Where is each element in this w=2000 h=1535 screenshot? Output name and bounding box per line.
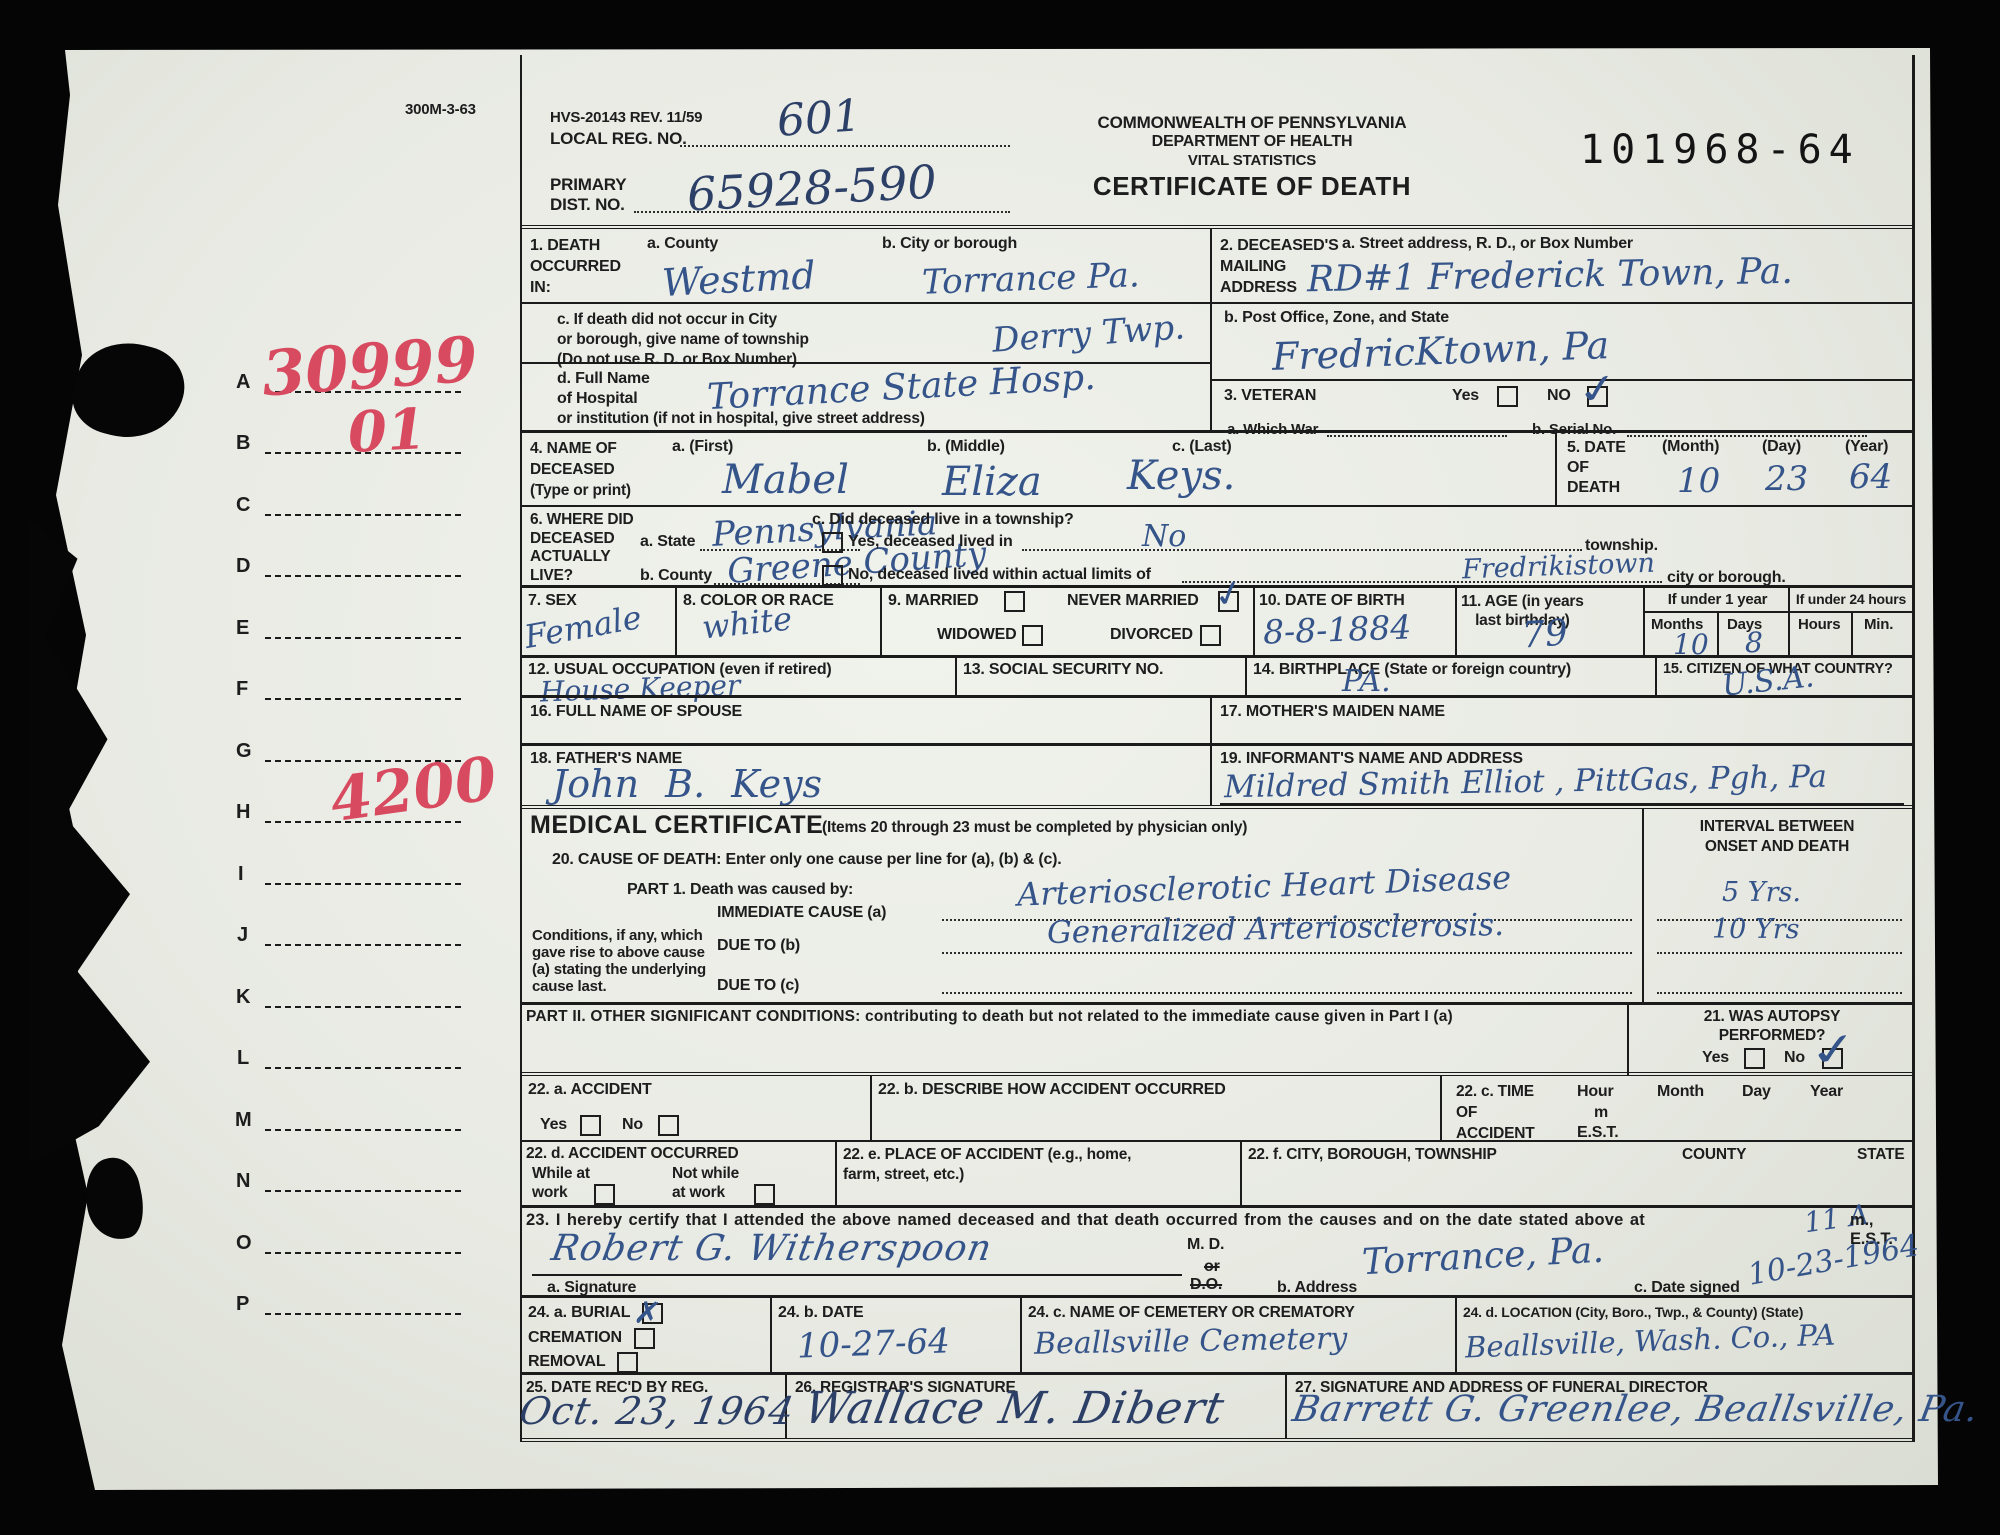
medical-certificate-section: MEDICAL CERTIFICATE (Items 20 through 23… xyxy=(522,805,1912,1072)
address-value: Torrance, Pa. xyxy=(1361,1230,1605,1284)
funeral-director-cell: 27. SIGNATURE AND ADDRESS OF FUNERAL DIR… xyxy=(1287,1375,1912,1438)
year-col-label: Year xyxy=(1810,1083,1843,1101)
post-office-label: b. Post Office, Zone, and State xyxy=(1224,309,1449,327)
removal-checkbox xyxy=(617,1352,638,1373)
local-reg-line xyxy=(680,145,1010,147)
part2-divider xyxy=(522,1002,1912,1005)
date-signed-value: 10-23-1964 xyxy=(1745,1228,1921,1293)
state-label: a. State xyxy=(640,533,695,551)
part2-label: PART II. OTHER SIGNIFICANT CONDITIONS: c… xyxy=(526,1008,1453,1026)
row-line xyxy=(522,362,1212,364)
describe-accident-label: 22. b. DESCRIBE HOW ACCIDENT OCCURRED xyxy=(878,1081,1226,1099)
local-reg-label: LOCAL REG. NO. xyxy=(550,129,687,149)
due-to-b-interval-line xyxy=(1657,952,1902,954)
age-cell: 11. AGE (in years last birthday) 79 xyxy=(1457,588,1645,655)
accident-yes-checkbox xyxy=(580,1115,601,1136)
due-to-b-line xyxy=(942,952,1632,954)
sex-cell: 7. SEX Female xyxy=(522,588,677,655)
margin-line-o xyxy=(265,1252,461,1254)
autopsy-yes-checkbox xyxy=(1744,1048,1765,1069)
autopsy-column-divider xyxy=(1627,1005,1629,1076)
county-residence-label: b. County xyxy=(640,567,712,585)
autopsy-yes-label: Yes xyxy=(1702,1049,1729,1067)
accident-cell: 22. a. ACCIDENT Yes No xyxy=(522,1076,872,1140)
part1-label: PART 1. Death was caused by: xyxy=(627,881,853,899)
section-24-row: 24. a. BURIAL ✗ CREMATION REMOVAL 24. b.… xyxy=(522,1295,1912,1372)
meridiem-label: m xyxy=(1594,1104,1608,1122)
burial-cell: 24. a. BURIAL ✗ CREMATION REMOVAL xyxy=(522,1298,772,1372)
date-of-birth-cell: 10. DATE OF BIRTH 8-8-1884 xyxy=(1255,588,1457,655)
accident-no-checkbox xyxy=(658,1115,679,1136)
certificate-form: HVS-20143 REV. 11/59 LOCAL REG. NO. 601 … xyxy=(520,55,1915,1442)
township-no-checkbox xyxy=(822,565,843,586)
margin-line-i xyxy=(265,883,461,885)
township-note-label: c. If death did not occur in City or bor… xyxy=(557,310,809,370)
dist-no-label: DIST. NO. xyxy=(550,195,625,215)
min-label: Min. xyxy=(1864,616,1893,633)
row-line xyxy=(1212,379,1912,381)
street-address-value: RD#1 Frederick Town, Pa. xyxy=(1307,251,1793,300)
margin-line-n xyxy=(265,1190,461,1192)
department-line: DEPARTMENT OF HEALTH xyxy=(1022,133,1482,151)
ssn-cell: 13. SOCIAL SECURITY NO. xyxy=(957,658,1247,695)
township-question-label: c. Did deceased live in a township? xyxy=(812,511,1074,529)
date-received-cell: 25. DATE REC'D BY REG. Oct. 23, 1964 xyxy=(522,1375,787,1438)
under-1-year-divider xyxy=(1717,613,1719,658)
under-24-hours-cell: If under 24 hours Hours Min. xyxy=(1790,588,1912,655)
under-1-year-label: If under 1 year xyxy=(1645,591,1790,608)
divorced-label: DIVORCED xyxy=(1110,626,1193,644)
veteran-no-label: NO xyxy=(1547,387,1571,405)
autopsy-no-label: No xyxy=(1784,1049,1805,1067)
under-24-hours-divider xyxy=(1851,613,1853,658)
due-to-b-label: DUE TO (b) xyxy=(717,937,800,955)
hospital-name-label: d. Full Name of Hospital xyxy=(557,369,650,409)
section-6-row: 6. WHERE DID DECEASED ACTUALLY LIVE? a. … xyxy=(522,505,1912,585)
margin-letter-n: N xyxy=(236,1170,250,1193)
while-at-work-label: While at work xyxy=(532,1164,590,1202)
signature-underline xyxy=(532,1274,1182,1276)
registrar-signature-value: Wallace M. Dibert xyxy=(801,1383,1229,1434)
due-to-b-value: Generalized Arteriosclerosis. xyxy=(1047,907,1504,951)
interval-header: INTERVAL BETWEEN ONSET AND DEATH xyxy=(1652,817,1902,857)
funeral-director-value: Barrett G. Greenlee, Beallsville, Pa. xyxy=(1289,1389,1982,1430)
md-label: M. D. xyxy=(1187,1236,1224,1254)
never-married-label: NEVER MARRIED xyxy=(1067,592,1199,610)
birthplace-value: PA. xyxy=(1342,664,1391,699)
due-to-c-label: DUE TO (c) xyxy=(717,977,799,995)
margin-line-d xyxy=(265,575,461,577)
margin-letter-k: K xyxy=(236,986,250,1009)
stamp-number: 101968-64 xyxy=(1580,127,1860,173)
middle-name-value: Eliza xyxy=(942,459,1042,505)
margin-letter-a: A xyxy=(236,371,250,394)
accident-no-label: No xyxy=(622,1116,643,1134)
hour-label: Hour xyxy=(1577,1083,1614,1101)
veteran-no-checkmark: ✓ xyxy=(1573,363,1623,415)
under-24-hours-label: If under 24 hours xyxy=(1790,591,1912,607)
township-yes-label: Yes, deceased lived in xyxy=(848,533,1013,551)
widowed-label: WIDOWED xyxy=(937,626,1016,644)
first-name-label: a. (First) xyxy=(672,438,733,456)
street-address-label: a. Street address, R. D., or Box Number xyxy=(1342,235,1633,253)
accident-label: 22. a. ACCIDENT xyxy=(528,1081,652,1099)
cremation-label: CREMATION xyxy=(528,1329,622,1347)
birthplace-cell: 14. BIRTHPLACE (State or foreign country… xyxy=(1247,658,1657,695)
due-to-b-interval-value: 10 Yrs xyxy=(1712,914,1800,945)
race-cell: 8. COLOR OR RACE white xyxy=(677,588,882,655)
veteran-yes-label: Yes xyxy=(1452,387,1479,405)
month-label: (Month) xyxy=(1662,438,1719,456)
under-1-year-cell: If under 1 year Months Days 10 8 xyxy=(1645,588,1790,655)
burial-label: 24. a. BURIAL xyxy=(528,1304,630,1322)
where-live-label: 6. WHERE DID DECEASED ACTUALLY LIVE? xyxy=(530,511,634,585)
father-name-value: John B. Keys xyxy=(552,762,822,806)
spouse-label: 16. FULL NAME OF SPOUSE xyxy=(530,703,742,721)
accident-occurred-cell: 22. d. ACCIDENT OCCURRED While at work N… xyxy=(522,1142,837,1205)
burial-date-value: 10-27-64 xyxy=(796,1321,950,1366)
not-while-at-work-checkbox xyxy=(754,1184,775,1205)
date-of-birth-value: 8-8-1884 xyxy=(1262,607,1412,651)
married-label: 9. MARRIED xyxy=(888,592,978,610)
divorced-checkbox xyxy=(1200,625,1221,646)
city-borough-value: Torrance Pa. xyxy=(921,255,1140,303)
middle-name-label: b. (Middle) xyxy=(927,438,1005,456)
section-22abc-row: 22. a. ACCIDENT Yes No 22. b. DESCRIBE H… xyxy=(522,1072,1912,1140)
immediate-cause-value: Arteriosclerotic Heart Disease xyxy=(1016,858,1511,913)
month-col-label: Month xyxy=(1657,1083,1704,1101)
registrar-signature-cell: 26. REGISTRAR'S SIGNATURE Wallace M. Dib… xyxy=(787,1375,1287,1438)
conditions-label: Conditions, if any, which gave rise to a… xyxy=(532,927,706,995)
margin-line-p xyxy=(265,1313,461,1315)
margin-letter-f: F xyxy=(236,678,248,701)
not-while-at-work-label: Not while at work xyxy=(672,1164,739,1202)
margin-line-l xyxy=(265,1067,461,1069)
margin-letter-o: O xyxy=(236,1232,251,1255)
autopsy-no-checkmark: ✓ xyxy=(1805,1021,1862,1078)
margin-line-k xyxy=(265,1006,461,1008)
physician-signature-value: Robert G. Witherspoon xyxy=(548,1228,995,1269)
date-of-death-label: 5. DATE OF DEATH xyxy=(1567,438,1626,498)
ssn-label: 13. SOCIAL SECURITY NO. xyxy=(963,661,1163,679)
due-to-c-line xyxy=(942,992,1632,994)
margin-letter-b: B xyxy=(236,432,250,455)
form-code: HVS-20143 REV. 11/59 xyxy=(550,109,702,126)
accident-city-cell: 22. f. CITY, BOROUGH, TOWNSHIP COUNTY ST… xyxy=(1242,1142,1912,1205)
section-1-2-row: 1. DEATH OCCURRED IN: a. County b. City … xyxy=(522,225,1912,430)
father-name-cell: 18. FATHER'S NAME John B. Keys xyxy=(522,746,1212,805)
place-of-accident-label: 22. e. PLACE OF ACCIDENT (e.g., home, fa… xyxy=(843,1145,1131,1185)
while-at-work-checkbox xyxy=(594,1184,615,1205)
medical-certificate-note: (Items 20 through 23 must be completed b… xyxy=(822,819,1247,837)
accident-occurred-label: 22. d. ACCIDENT OCCURRED xyxy=(526,1145,739,1163)
margin-letter-c: C xyxy=(236,494,250,517)
margin-letter-j: J xyxy=(237,924,248,947)
city-borough-label: b. City or borough xyxy=(882,235,1017,253)
margin-letter-l: L xyxy=(237,1047,249,1070)
township-no-label: No, deceased lived within actual limits … xyxy=(848,566,1151,584)
day-value: 23 xyxy=(1765,459,1808,499)
accident-state-label: STATE xyxy=(1857,1146,1905,1164)
county-label: a. County xyxy=(647,235,718,253)
cemetery-label: 24. c. NAME OF CEMETERY OR CREMATORY xyxy=(1028,1304,1355,1322)
mailing-address-cell: 2. DECEASED'S MAILING ADDRESS a. Street … xyxy=(1212,229,1912,430)
township-no-value: Fredrikistown xyxy=(1462,548,1656,586)
birthplace-label: 14. BIRTHPLACE (State or foreign country… xyxy=(1253,661,1571,679)
margin-letter-h: H xyxy=(236,801,250,824)
death-occurred-label: 1. DEATH OCCURRED IN: xyxy=(530,235,621,298)
margin-line-c xyxy=(265,514,461,516)
post-office-value: FredricKtown, Pa xyxy=(1271,323,1610,379)
spouse-cell: 16. FULL NAME OF SPOUSE xyxy=(522,698,1212,743)
hours-label: Hours xyxy=(1798,616,1840,633)
citizen-cell: 15. CITIZEN OF WHAT COUNTRY? U.S.A. xyxy=(1657,658,1912,695)
row-line xyxy=(522,302,1212,304)
informant-cell: 19. INFORMANT'S NAME AND ADDRESS Mildred… xyxy=(1212,746,1912,805)
margin-batch-code: 300M-3-63 xyxy=(405,101,476,118)
scanned-death-certificate: 300M-3-63 A B C D E F G H I J K L M N O … xyxy=(0,0,2000,1535)
section-25-27-row: 25. DATE REC'D BY REG. Oct. 23, 1964 26.… xyxy=(522,1372,1912,1442)
mother-maiden-label: 17. MOTHER'S MAIDEN NAME xyxy=(1220,703,1445,721)
section-7-11-row: 7. SEX Female 8. COLOR OR RACE white 9. … xyxy=(522,585,1912,655)
sex-label: 7. SEX xyxy=(528,592,577,610)
cemetery-location-label: 24. d. LOCATION (City, Boro., Twp., & Co… xyxy=(1463,1304,1803,1320)
section-23-row: 23. I hereby certify that I attended the… xyxy=(522,1205,1912,1295)
medical-certificate-title: MEDICAL CERTIFICATE xyxy=(530,811,823,840)
year-label: (Year) xyxy=(1845,438,1888,456)
autopsy-label: 21. WAS AUTOPSY PERFORMED? xyxy=(1637,1007,1907,1045)
cemetery-cell: 24. c. NAME OF CEMETERY OR CREMATORY Bea… xyxy=(1022,1298,1457,1372)
veteran-yes-checkbox xyxy=(1497,386,1518,407)
township-yes-checkbox xyxy=(822,532,843,553)
describe-accident-cell: 22. b. DESCRIBE HOW ACCIDENT OCCURRED xyxy=(872,1076,1442,1140)
month-value: 10 xyxy=(1677,461,1720,501)
certificate-title: CERTIFICATE OF DEATH xyxy=(1022,171,1482,202)
margin-letter-m: M xyxy=(235,1109,251,1132)
margin-line-f xyxy=(265,698,461,700)
margin-letter-d: D xyxy=(236,555,250,578)
township-yes-line xyxy=(1022,549,1582,551)
burial-date-label: 24. b. DATE xyxy=(778,1304,864,1322)
township-value: Derry Twp. xyxy=(991,307,1186,360)
interval-column-divider xyxy=(1642,809,1644,1002)
name-of-deceased-label: 4. NAME OF DECEASED (Type or print) xyxy=(530,438,631,501)
due-to-c-interval-line xyxy=(1657,992,1902,994)
cause-of-death-label: 20. CAUSE OF DEATH: Enter only one cause… xyxy=(552,851,1062,869)
place-of-accident-cell: 22. e. PLACE OF ACCIDENT (e.g., home, fa… xyxy=(837,1142,1242,1205)
cemetery-value: Beallsville Cemetery xyxy=(1034,1321,1348,1361)
margin-line-e xyxy=(265,637,461,639)
occupation-cell: 12. USUAL OCCUPATION (even if retired) H… xyxy=(522,658,957,695)
immediate-interval-value: 5 Yrs. xyxy=(1722,877,1801,908)
margin-line-j xyxy=(265,944,461,946)
margin-red-number-b: 01 xyxy=(346,396,427,466)
death-occurred-cell: 1. DEATH OCCURRED IN: a. County b. City … xyxy=(522,229,1212,430)
first-name-value: Mabel xyxy=(722,457,849,503)
day-label: (Day) xyxy=(1762,438,1801,456)
section-16-17-row: 16. FULL NAME OF SPOUSE 17. MOTHER'S MAI… xyxy=(522,695,1912,743)
section-18-19-row: 18. FATHER'S NAME John B. Keys 19. INFOR… xyxy=(522,743,1912,805)
burial-date-cell: 24. b. DATE 10-27-64 xyxy=(772,1298,1022,1372)
name-of-deceased-cell: 4. NAME OF DECEASED (Type or print) a. (… xyxy=(522,433,1557,505)
cemetery-location-value: Beallsville, Wash. Co., PA xyxy=(1465,1318,1836,1365)
section-4-5-row: 4. NAME OF DECEASED (Type or print) a. (… xyxy=(522,430,1912,505)
date-of-birth-label: 10. DATE OF BIRTH xyxy=(1259,592,1405,610)
widowed-checkbox xyxy=(1022,625,1043,646)
margin-red-number-a: 30999 xyxy=(260,323,480,411)
county-value: Westmd xyxy=(661,253,817,305)
year-value: 64 xyxy=(1849,457,1892,497)
township-no-line xyxy=(1182,581,1662,583)
township-yes-value: No xyxy=(1142,519,1186,554)
local-reg-value: 601 xyxy=(775,90,862,147)
age-value: 79 xyxy=(1521,612,1570,656)
accident-yes-label: Yes xyxy=(540,1116,567,1134)
commonwealth-line: COMMONWEALTH OF PENNSYLVANIA xyxy=(1022,113,1482,133)
do-label: D.O. xyxy=(1190,1276,1222,1294)
veteran-label: 3. VETERAN xyxy=(1224,387,1316,405)
margin-letter-p: P xyxy=(236,1293,249,1316)
married-checkbox xyxy=(1004,591,1025,612)
primary-label: PRIMARY xyxy=(550,175,626,195)
margin-letter-e: E xyxy=(236,617,249,640)
time-of-accident-cell: 22. c. TIME OF ACCIDENT Hour Month Day Y… xyxy=(1442,1076,1912,1140)
mother-maiden-cell: 17. MOTHER'S MAIDEN NAME xyxy=(1212,698,1912,743)
cemetery-location-cell: 24. d. LOCATION (City, Boro., Twp., & Co… xyxy=(1457,1298,1912,1372)
margin-letter-g: G xyxy=(236,740,251,763)
cremation-checkbox xyxy=(634,1328,655,1349)
or-label: or xyxy=(1204,1258,1220,1276)
section-12-15-row: 12. USUAL OCCUPATION (even if retired) H… xyxy=(522,655,1912,695)
day-col-label: Day xyxy=(1742,1083,1771,1101)
date-received-value: Oct. 23, 1964 xyxy=(516,1389,798,1433)
accident-city-label: 22. f. CITY, BOROUGH, TOWNSHIP xyxy=(1248,1146,1497,1164)
date-of-death-cell: 5. DATE OF DEATH (Month) (Day) (Year) 10… xyxy=(1557,433,1912,505)
section-22def-row: 22. d. ACCIDENT OCCURRED While at work N… xyxy=(522,1140,1912,1205)
margin-letter-i: I xyxy=(238,863,243,886)
row-line xyxy=(1212,302,1912,304)
accident-county-label: COUNTY xyxy=(1682,1146,1746,1164)
time-of-accident-label: 22. c. TIME OF ACCIDENT xyxy=(1456,1081,1534,1144)
margin-line-m xyxy=(265,1129,461,1131)
immediate-cause-label: IMMEDIATE CAUSE (a) xyxy=(717,904,886,922)
removal-label: REMOVAL xyxy=(528,1353,605,1371)
race-value: white xyxy=(700,599,794,646)
last-name-value: Keys. xyxy=(1127,453,1235,499)
vital-statistics-line: VITAL STATISTICS xyxy=(1022,152,1482,169)
marital-status-cell: 9. MARRIED NEVER MARRIED ✓ WIDOWED DIVOR… xyxy=(882,588,1255,655)
